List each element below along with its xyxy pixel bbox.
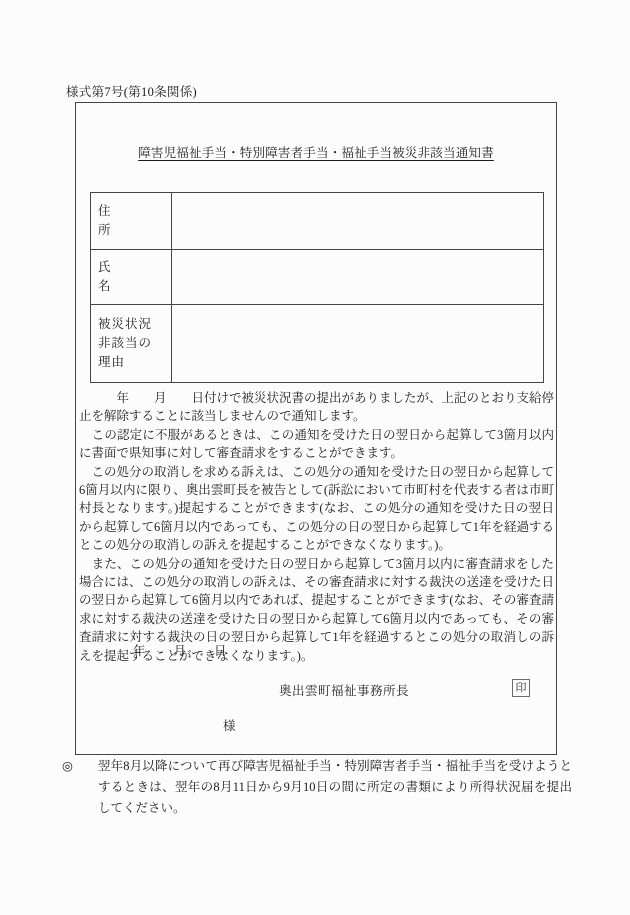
issuing-office-name: 奥出雲町福祉事務所長 (279, 681, 409, 699)
paragraph-notification: 年 月 日付けで被災状況書の提出がありましたが、上記のとおり支給停止を解除するこ… (79, 389, 554, 426)
paragraph-appeal: この認定に不服があるときは、この通知を受けた日の翌日から起算して3箇月以内に書面… (79, 426, 554, 463)
notice-frame: 障害児福祉手当・特別障害者手当・福祉手当被災非該当通知書 住 所 氏 名 被災状… (75, 102, 557, 755)
signature-line: 奥出雲町福祉事務所長 印 (76, 681, 556, 701)
recipient-info-table: 住 所 氏 名 被災状況非該当の理由 (90, 192, 544, 383)
footnote-marker: ◎ (62, 756, 98, 819)
reason-label: 被災状況非該当の理由 (91, 305, 172, 382)
name-label: 氏 名 (91, 250, 172, 304)
table-row-name: 氏 名 (91, 249, 543, 304)
table-row-address: 住 所 (91, 193, 543, 249)
reason-value-cell (172, 305, 543, 382)
form-number-label: 様式第7号(第10条関係) (66, 82, 197, 100)
address-value-cell (172, 193, 543, 249)
document-title: 障害児福祉手当・特別障害者手当・福祉手当被災非該当通知書 (76, 143, 556, 161)
footnote-text: 翌年8月以降について再び障害児福祉手当・特別障害者手当・福祉手当を受けようとする… (98, 756, 572, 819)
recipient-honorific: 様 (223, 716, 236, 734)
table-row-reason: 被災状況非該当の理由 (91, 304, 543, 382)
document-title-text: 障害児福祉手当・特別障害者手当・福祉手当被災非該当通知書 (138, 146, 494, 160)
name-value-cell (172, 250, 543, 304)
address-label: 住 所 (91, 193, 172, 249)
seal-stamp-icon: 印 (512, 679, 530, 697)
footnote: ◎ 翌年8月以降について再び障害児福祉手当・特別障害者手当・福祉手当を受けようと… (62, 756, 572, 819)
notice-body: 年 月 日付けで被災状況書の提出がありましたが、上記のとおり支給停止を解除するこ… (79, 389, 554, 665)
document-page: 様式第7号(第10条関係) 障害児福祉手当・特別障害者手当・福祉手当被災非該当通… (0, 0, 630, 915)
issue-date-line: 年 月 日 (79, 641, 228, 659)
paragraph-lawsuit: この処分の取消しを求める訴えは、この処分の通知を受けた日の翌日から起算して6箇月… (79, 463, 554, 555)
